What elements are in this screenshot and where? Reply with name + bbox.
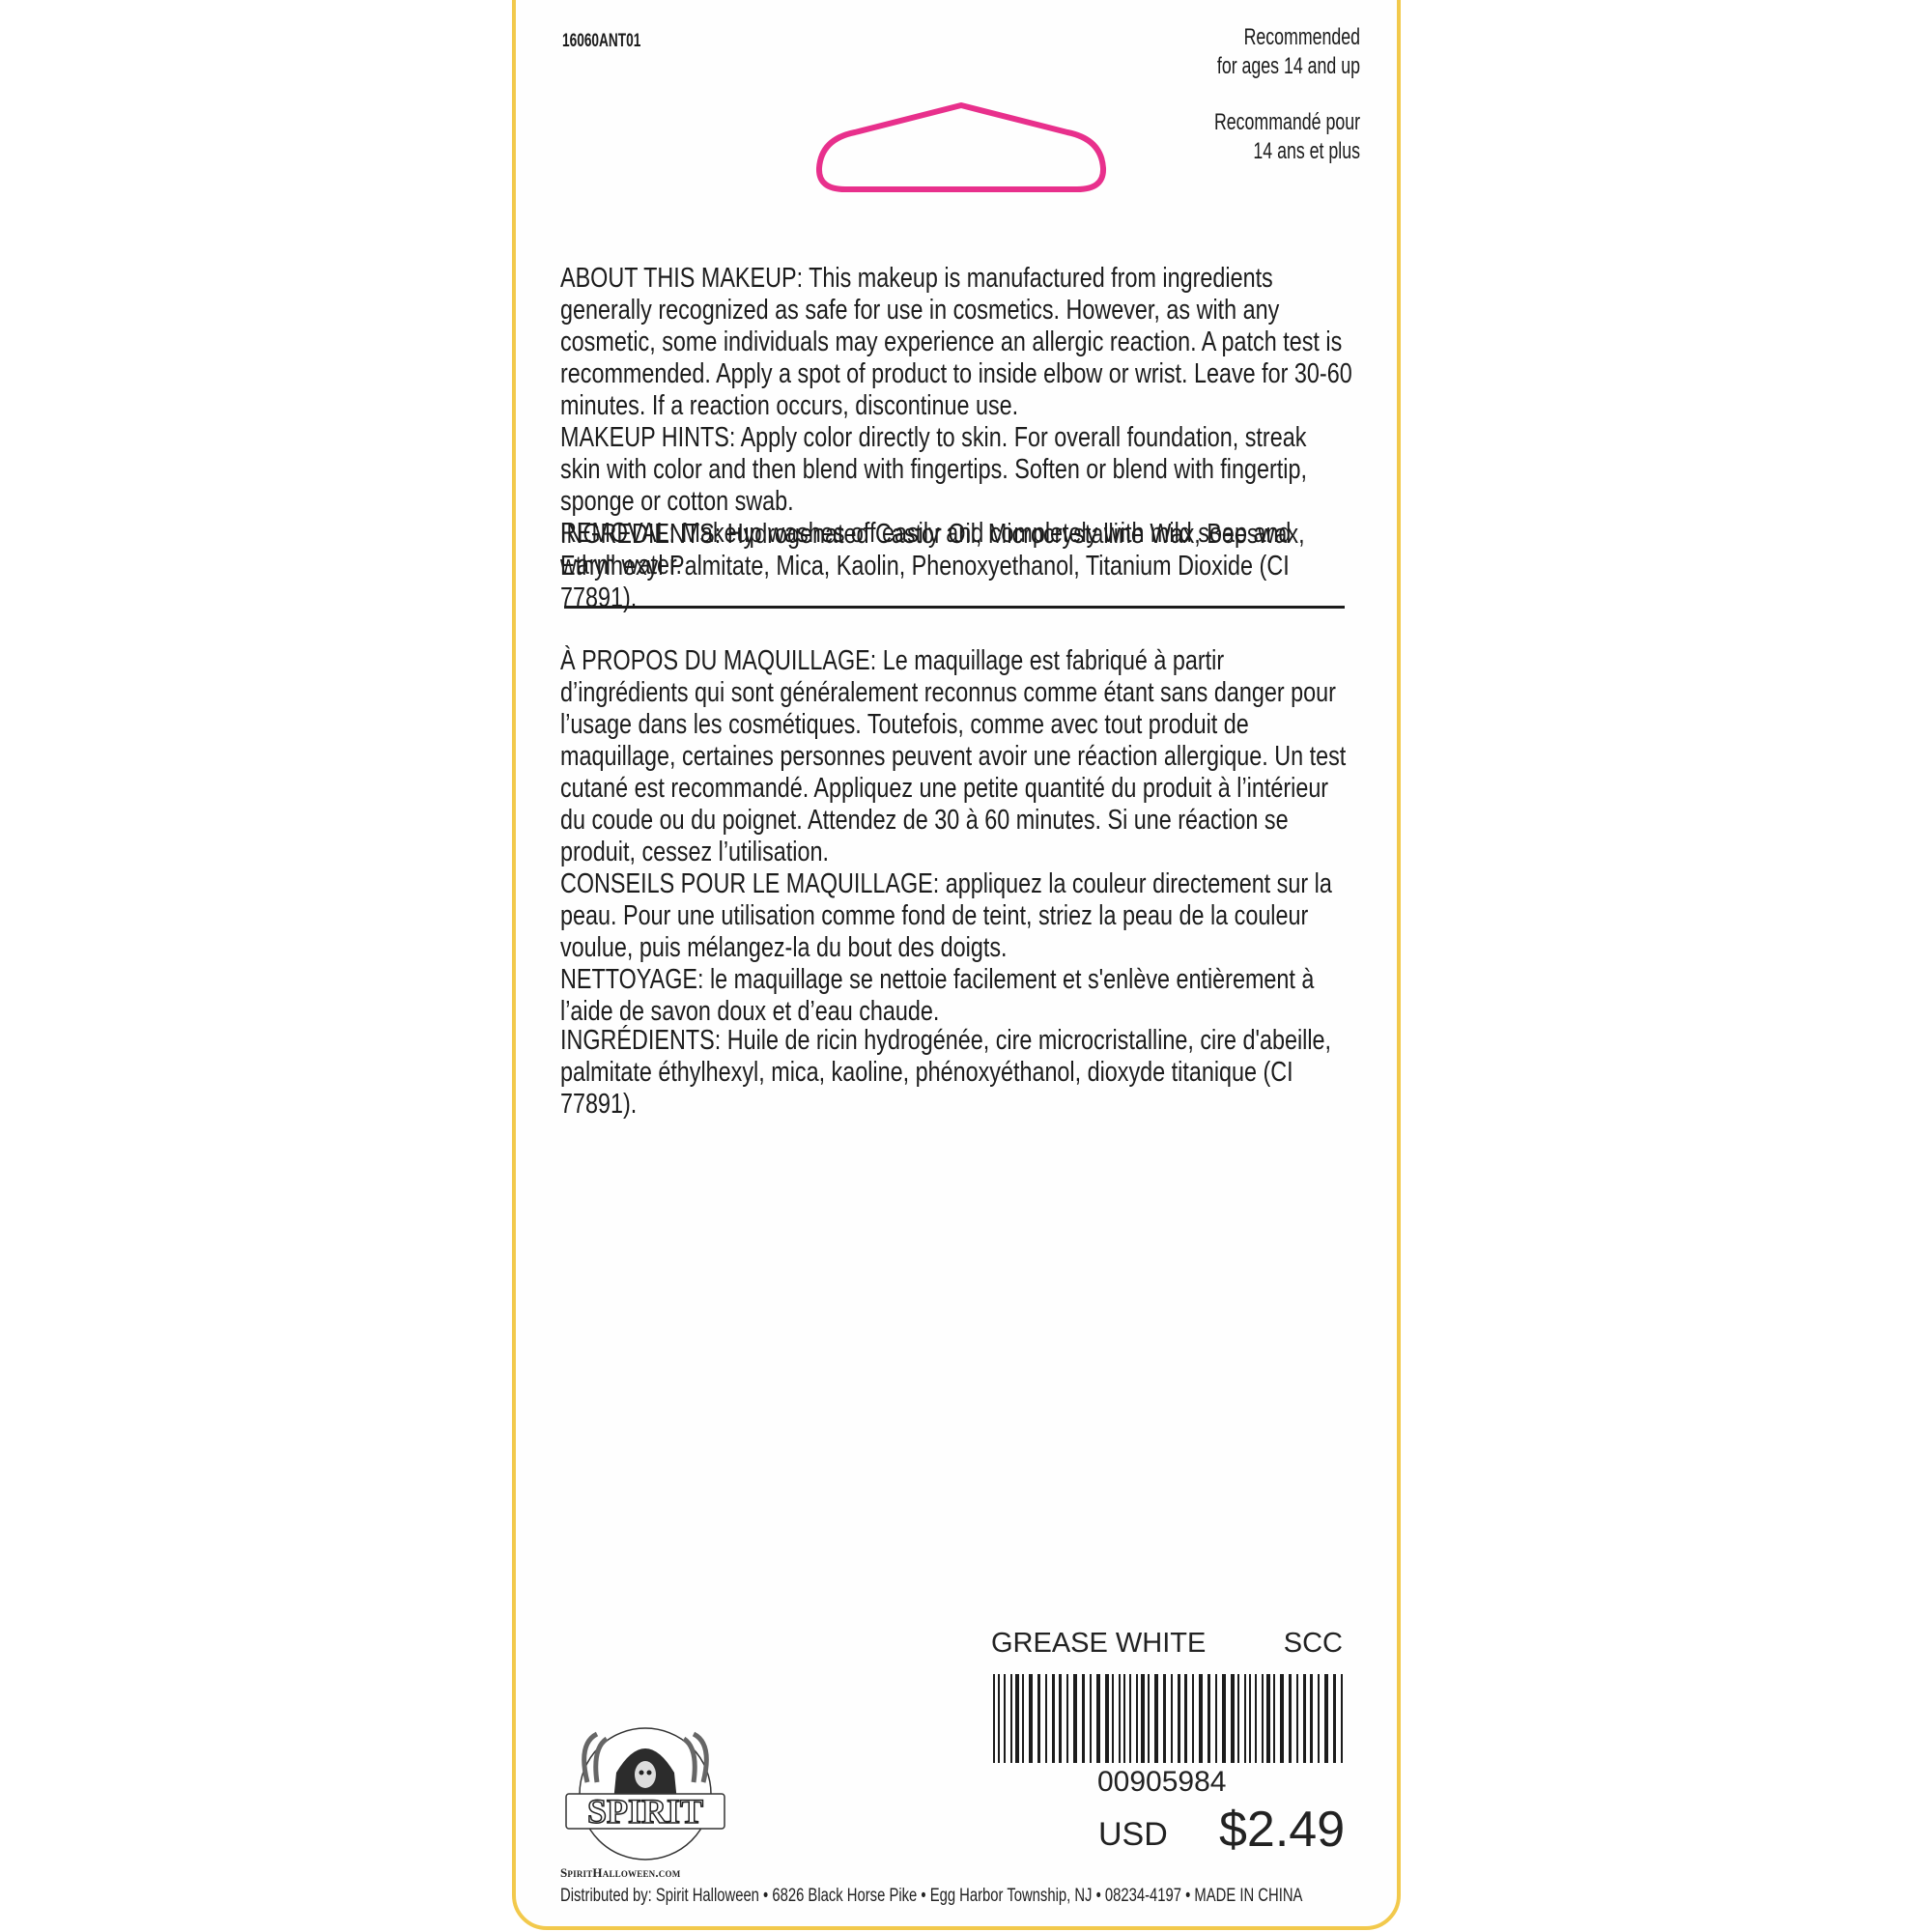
distributor-info: Distributed by: Spirit Halloween • 6826 … [560, 1886, 1302, 1907]
barcode-icon [993, 1674, 1347, 1763]
section-divider [564, 606, 1345, 609]
age-fr-line2: 14 ans et plus [1146, 137, 1360, 166]
french-ingredients: INGRÉDIENTS: Huile de ricin hydrogénée, … [560, 1025, 1352, 1121]
svg-text:SPIRIT: SPIRIT [587, 1792, 703, 1831]
about-label-fr: À PROPOS DU MAQUILLAGE: [560, 645, 876, 676]
currency: USD [1098, 1816, 1168, 1854]
age-en-line2: for ages 14 and up [1146, 52, 1360, 81]
removal-label-fr: NETTOYAGE: [560, 964, 703, 995]
product-name: GREASE WHITE [991, 1628, 1206, 1660]
hang-hole-icon [811, 100, 1111, 197]
age-fr-line1: Recommandé pour [1146, 108, 1360, 137]
hints-label: MAKEUP HINTS: [560, 422, 735, 453]
age-recommendation: Recommended for ages 14 and up Recommand… [1070, 23, 1360, 166]
website-link[interactable]: SpiritHalloween.com [560, 1865, 680, 1881]
ingredients-label: INGREDIENTS: [560, 519, 721, 550]
french-instructions: À PROPOS DU MAQUILLAGE: Le maquillage es… [560, 645, 1352, 1028]
ingredients-label-fr: INGRÉDIENTS: [560, 1025, 721, 1056]
product-code: SCC [1284, 1628, 1343, 1660]
price: $2.49 [1219, 1801, 1345, 1859]
spirit-logo-icon: SPIRIT [558, 1715, 732, 1864]
price-sticker: GREASE WHITE SCC [985, 1628, 1352, 1660]
age-en-line1: Recommended [1146, 23, 1360, 52]
hints-label-fr: CONSEILS POUR LE MAQUILLAGE: [560, 868, 939, 899]
english-ingredients: INGREDIENTS: Hydrogenated Castor Oil, Mi… [560, 519, 1352, 614]
sku-code: 16060ANT01 [562, 31, 640, 52]
upc-number: 00905984 [1097, 1766, 1226, 1799]
about-text-fr: Le maquillage est fabriqué à partir d’in… [560, 645, 1346, 867]
about-label: ABOUT THIS MAKEUP: [560, 263, 803, 294]
